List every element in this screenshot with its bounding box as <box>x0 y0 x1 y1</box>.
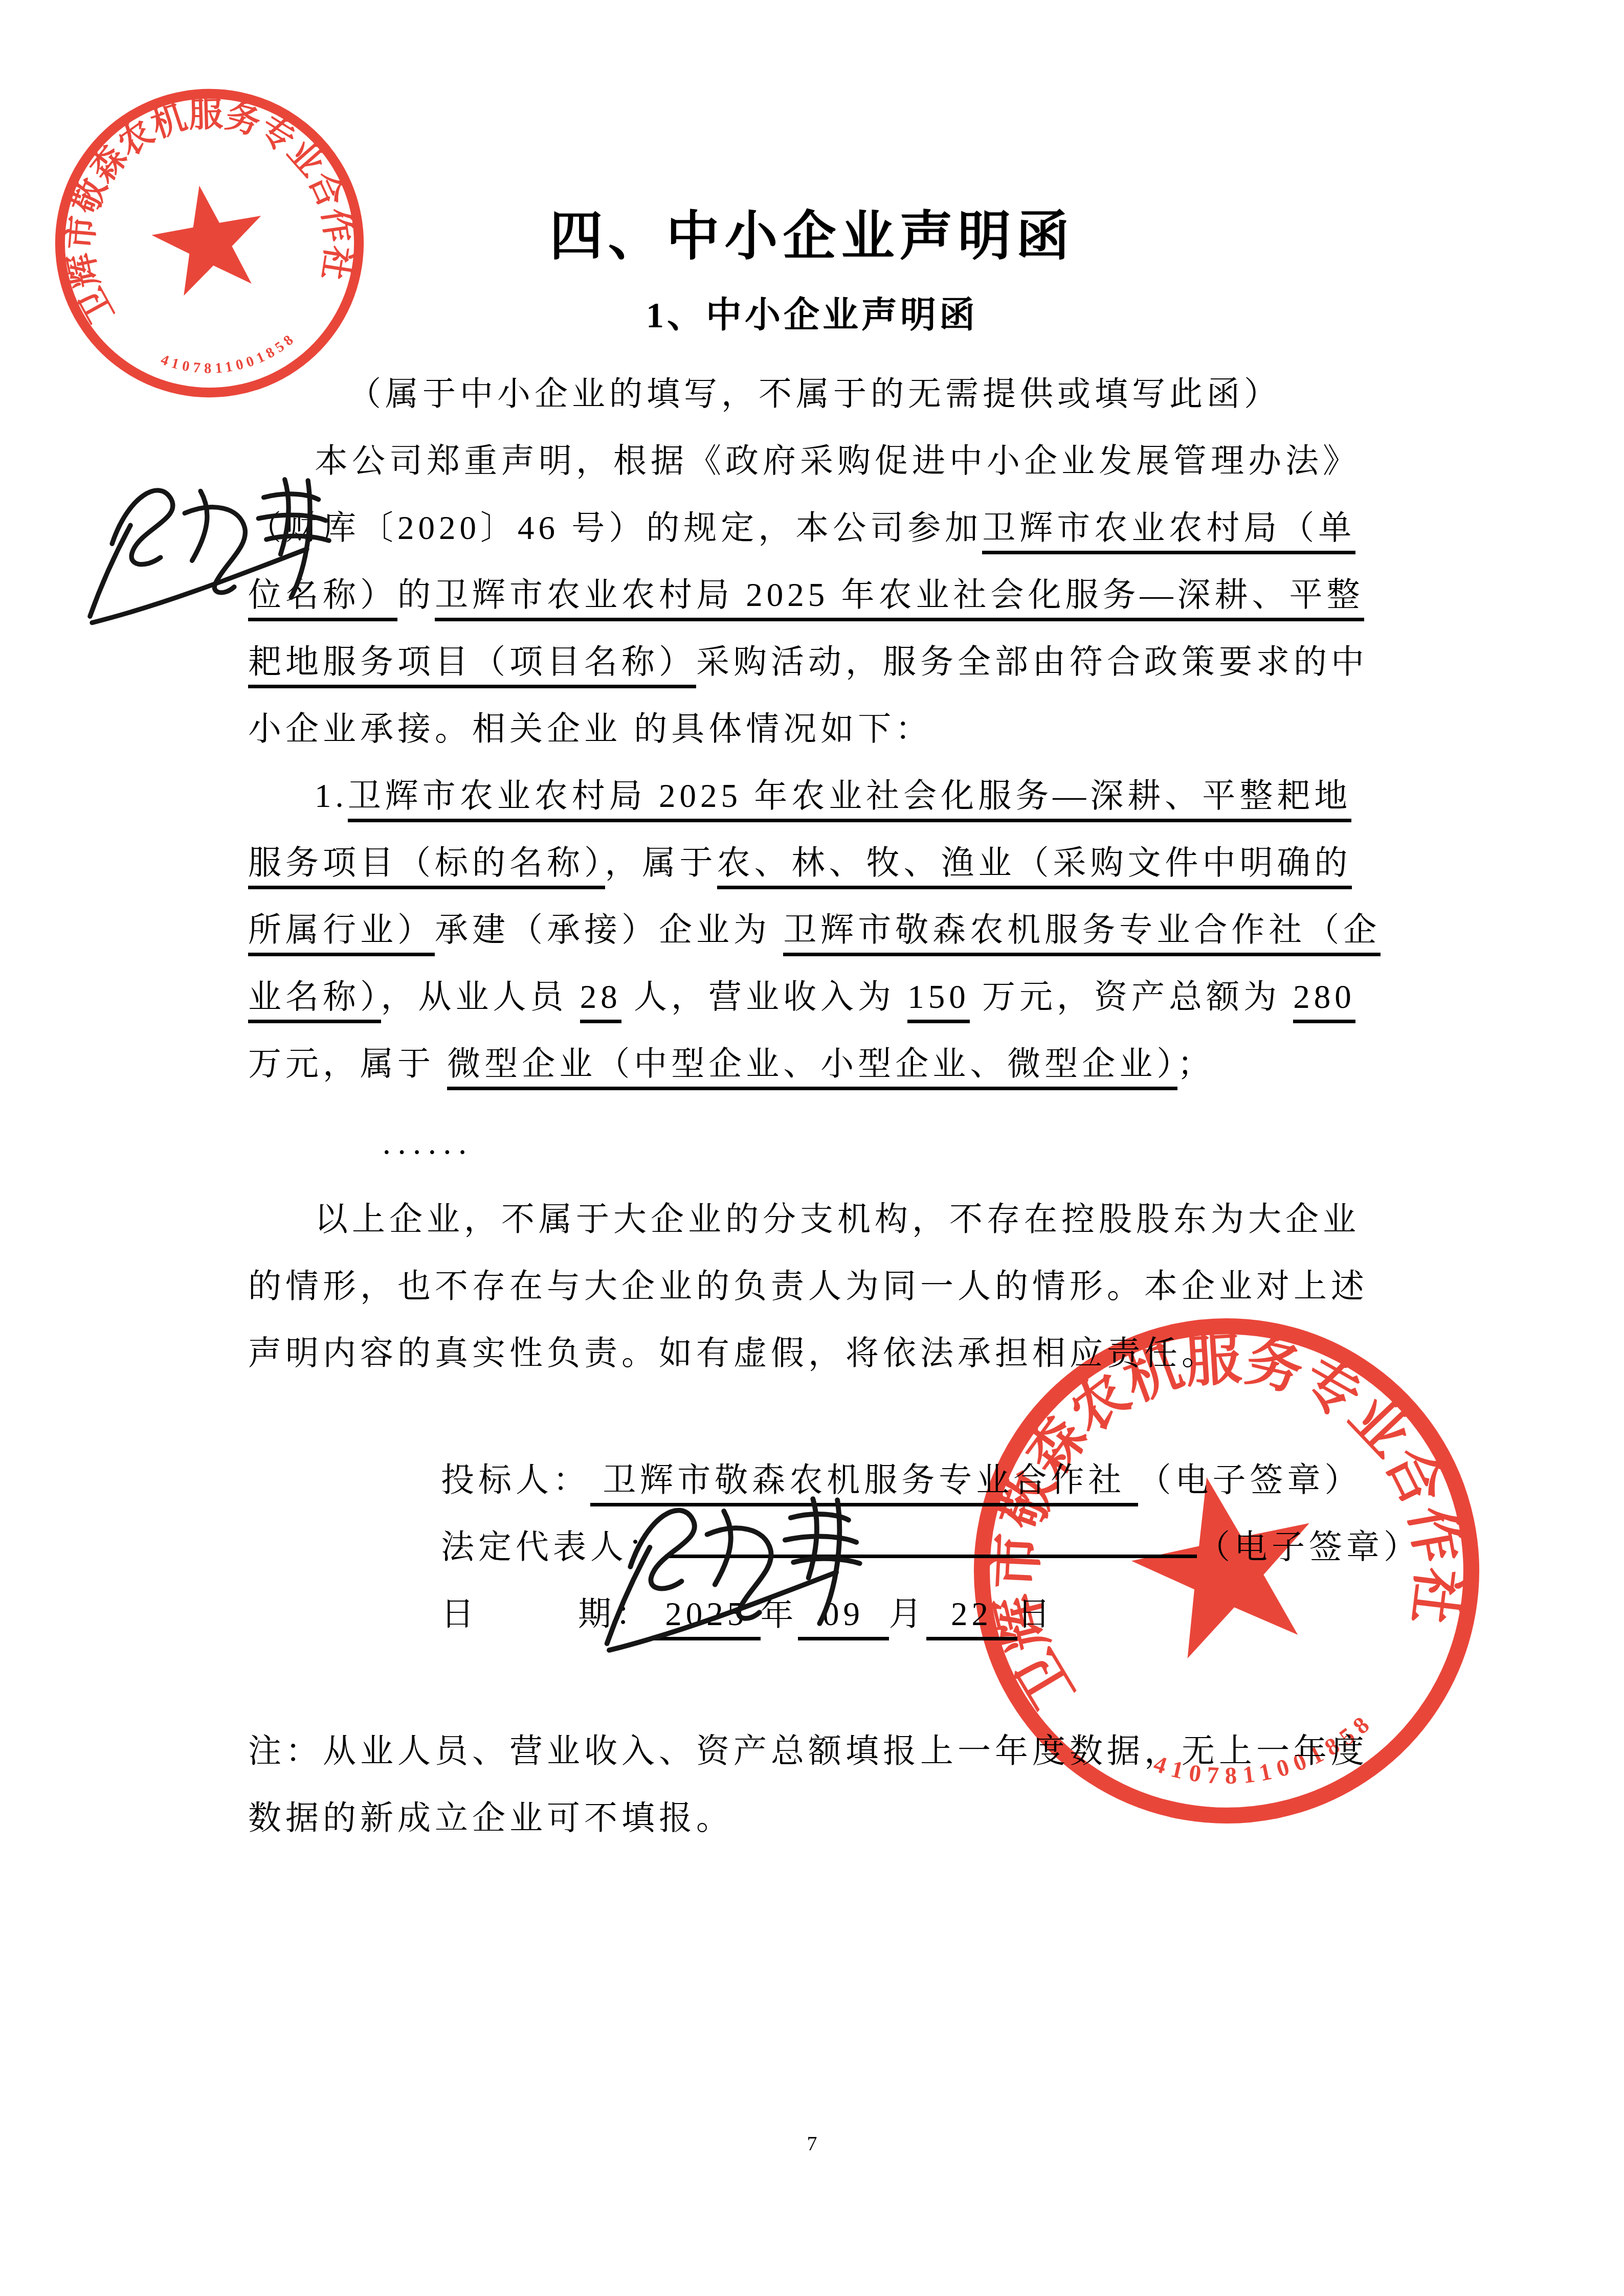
text-segment: 业名称） <box>248 979 381 1023</box>
text-segment: ； <box>1177 1046 1215 1083</box>
text-segment: 万元，属于 <box>248 1046 447 1083</box>
text-line: 以上企业，不属于大企业的分支机构，不存在控股股东为大企业 <box>248 1186 1409 1253</box>
star-icon <box>145 176 273 299</box>
text-segment: 所属行业） <box>248 912 435 956</box>
signature-ink-icon <box>79 449 355 628</box>
text-segment: 卫辉市农业农村局 2025 年农业社会化服务—深耕、平整 <box>435 577 1364 621</box>
text-segment: 卫辉市农业农村局（单 <box>982 510 1355 554</box>
round-seal-icon: 卫辉市敬森农机服务专业合作社 4107811001858 <box>911 1255 1542 1886</box>
text-segment: 微型企业（中型企业、小型企业、微型企业） <box>447 1046 1177 1090</box>
text-line: 业名称），从业人员 28 人，营业收入为 150 万元，资产总额为 280 <box>248 964 1409 1031</box>
text-line: 位名称）的卫辉市农业农村局 2025 年农业社会化服务—深耕、平整 <box>248 562 1409 629</box>
text-segment: （财库〔2020〕46 号）的规定，本公司参加 <box>248 510 982 547</box>
text-line: 服务项目（标的名称），属于农、林、牧、渔业（采购文件中明确的 <box>248 830 1409 897</box>
text-segment: 投标人： <box>441 1462 590 1499</box>
text-segment: 耙地服务项目（项目名称） <box>248 644 696 688</box>
text-segment: 卫辉市敬森农机服务专业合作社（企 <box>783 912 1381 956</box>
star-icon <box>1118 1458 1331 1665</box>
text-line: （财库〔2020〕46 号）的规定，本公司参加卫辉市农业农村局（单 <box>248 495 1409 562</box>
text-segment: ，从业人员 <box>381 979 580 1016</box>
text-line: ······ <box>248 1119 1409 1186</box>
round-seal-icon: 卫辉市敬森农机服务专业合作社 4107811001858 <box>21 55 398 432</box>
text-segment: 服务项目（标的名称） <box>248 845 605 889</box>
seal-serial-number: 4107811001858 <box>1146 1704 1387 1809</box>
text-segment: 28 <box>580 979 621 1023</box>
text-segment: 的情形，也不存在与大企业的负责人为同一人的情形。本企业对上述 <box>248 1268 1368 1305</box>
text-segment: 280 <box>1293 979 1355 1023</box>
text-line: 耙地服务项目（项目名称）采购活动，服务全部由符合政策要求的中 <box>248 629 1409 696</box>
text-line: 本公司郑重声明，根据《政府采购促进中小企业发展管理办法》 <box>248 428 1409 495</box>
text-line: （属于中小企业的填写，不属于的无需提供或填写此函） <box>248 361 1409 428</box>
document-page: 四、中小企业声明函 1、中小企业声明函 （属于中小企业的填写，不属于的无需提供或… <box>0 0 1624 2296</box>
page-number: 7 <box>0 2131 1624 2155</box>
handwritten-signature <box>79 449 355 628</box>
signature-ink-icon <box>578 1467 905 1656</box>
text-segment: ，属于 <box>605 845 717 882</box>
text-segment: 本公司郑重声明，根据《政府采购促进中小企业发展管理办法》 <box>315 443 1360 480</box>
text-segment: ······ <box>381 1134 472 1171</box>
text-segment: 农、林、牧、渔业（采购文件中明确的 <box>717 845 1352 889</box>
declaration-body-text: （属于中小企业的填写，不属于的无需提供或填写此函）本公司郑重声明，根据《政府采购… <box>248 361 1409 1387</box>
text-line: 所属行业）承建（承接）企业为 卫辉市敬森农机服务专业合作社（企 <box>248 897 1409 964</box>
text-segment: 人，营业收入为 <box>621 979 908 1016</box>
text-segment: 小企业承接。相关企业 的具体情况如下： <box>248 711 932 748</box>
company-seal-stamp: 卫辉市敬森农机服务专业合作社 4107811001858 <box>911 1255 1542 1886</box>
company-seal-stamp: 卫辉市敬森农机服务专业合作社 4107811001858 <box>21 55 398 432</box>
text-line: 1.卫辉市农业农村局 2025 年农业社会化服务—深耕、平整耙地 <box>248 763 1409 830</box>
text-segment: 承建（承接）企业为 <box>435 912 783 949</box>
text-segment: 数据的新成立企业可不填报。 <box>248 1800 733 1837</box>
text-segment: 日 <box>441 1596 478 1633</box>
text-segment: 卫辉市农业农村局 2025 年农业社会化服务—深耕、平整耙地 <box>348 778 1352 822</box>
text-line: 小企业承接。相关企业 的具体情况如下： <box>248 696 1409 763</box>
handwritten-signature <box>578 1467 905 1656</box>
text-segment: 采购活动，服务全部由符合政策要求的中 <box>696 644 1368 681</box>
text-segment: 以上企业，不属于大企业的分支机构，不存在控股股东为大企业 <box>315 1201 1360 1238</box>
text-segment: 的 <box>397 577 435 614</box>
text-segment: （属于中小企业的填写，不属于的无需提供或填写此函） <box>348 376 1281 413</box>
text-segment: 1. <box>315 778 348 815</box>
svg-text:4107811001858: 4107811001858 <box>1146 1704 1387 1809</box>
text-segment: 万元，资产总额为 <box>970 979 1294 1016</box>
text-line: 万元，属于 微型企业（中型企业、小型企业、微型企业）； <box>248 1031 1409 1098</box>
text-segment: 150 <box>907 979 970 1023</box>
